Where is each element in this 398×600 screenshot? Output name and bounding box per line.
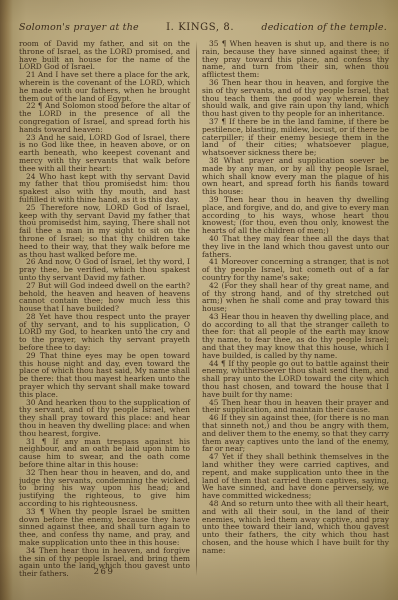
text-columns: room of David my father, and sit on the … <box>19 40 389 576</box>
verse: 43 Hear thou in heaven thy dwelling plac… <box>202 313 389 360</box>
verse: 36 Then hear thou in heaven, and forgive… <box>202 79 389 118</box>
verse: 42 (For they shall hear of thy great nam… <box>202 282 389 313</box>
verse: 41 Moreover concerning a stranger, that … <box>202 258 389 281</box>
verse: 37 ¶ If there be in the land famine, if … <box>202 118 389 157</box>
verse: 21 And I have set there a place for the … <box>19 71 190 102</box>
verse: 48 And so return unto thee with all thei… <box>202 500 389 555</box>
verse: 25 Therefore now, LORD God of Israel, ke… <box>19 204 190 259</box>
book-page-scan: Solomon's prayer at the I. KINGS, 8. ded… <box>0 0 398 600</box>
verse: 32 Then hear thou in heaven, and do, and… <box>19 469 190 508</box>
running-header-title: I. KINGS, 8. <box>166 22 234 33</box>
text-column-left: room of David my father, and sit on the … <box>19 40 190 576</box>
verse: 24 Who hast kept with thy servant David … <box>19 173 190 204</box>
verse: 26 And now, O God of Israel, let thy wor… <box>19 258 190 281</box>
column-divider-rule <box>196 41 197 576</box>
verse: 33 ¶ When thy people Israel be smitten d… <box>19 508 190 547</box>
verse: 30 And hearken thou to the supplication … <box>19 399 190 438</box>
verse: 23 And he said, LORD God of Israel, ther… <box>19 134 190 173</box>
verse: 28 Yet have thou respect unto the prayer… <box>19 313 190 352</box>
page-number: 269 <box>82 567 126 577</box>
verse: 31 ¶ If any man trespass against his nei… <box>19 438 190 469</box>
verse: 44 ¶ If thy people go out to battle agai… <box>202 360 389 399</box>
verse: room of David my father, and sit on the … <box>19 40 190 71</box>
verse: 45 Then hear thou in heaven their prayer… <box>202 399 389 415</box>
verse: 39 Then hear thou in heaven thy dwelling… <box>202 196 389 235</box>
running-header: Solomon's prayer at the I. KINGS, 8. ded… <box>19 22 389 33</box>
verse: 27 But will God indeed dwell on the eart… <box>19 282 190 313</box>
verse: 38 What prayer and supplication soever b… <box>202 157 389 196</box>
verse: 35 ¶ When heaven is shut up, and there i… <box>202 40 389 79</box>
verse: 40 That they may fear thee all the days … <box>202 235 389 258</box>
verse: 47 Yet if they shall bethink themselves … <box>202 453 389 500</box>
text-column-right: 35 ¶ When heaven is shut up, and there i… <box>202 40 389 576</box>
verse: 46 If they sin against thee, (for there … <box>202 414 389 453</box>
verse: 22 ¶ And Solomon stood before the altar … <box>19 102 190 133</box>
verse: 29 That thine eyes may be open toward th… <box>19 352 190 399</box>
running-header-left: Solomon's prayer at the <box>19 22 139 33</box>
running-header-right: dedication of the temple. <box>261 22 387 33</box>
